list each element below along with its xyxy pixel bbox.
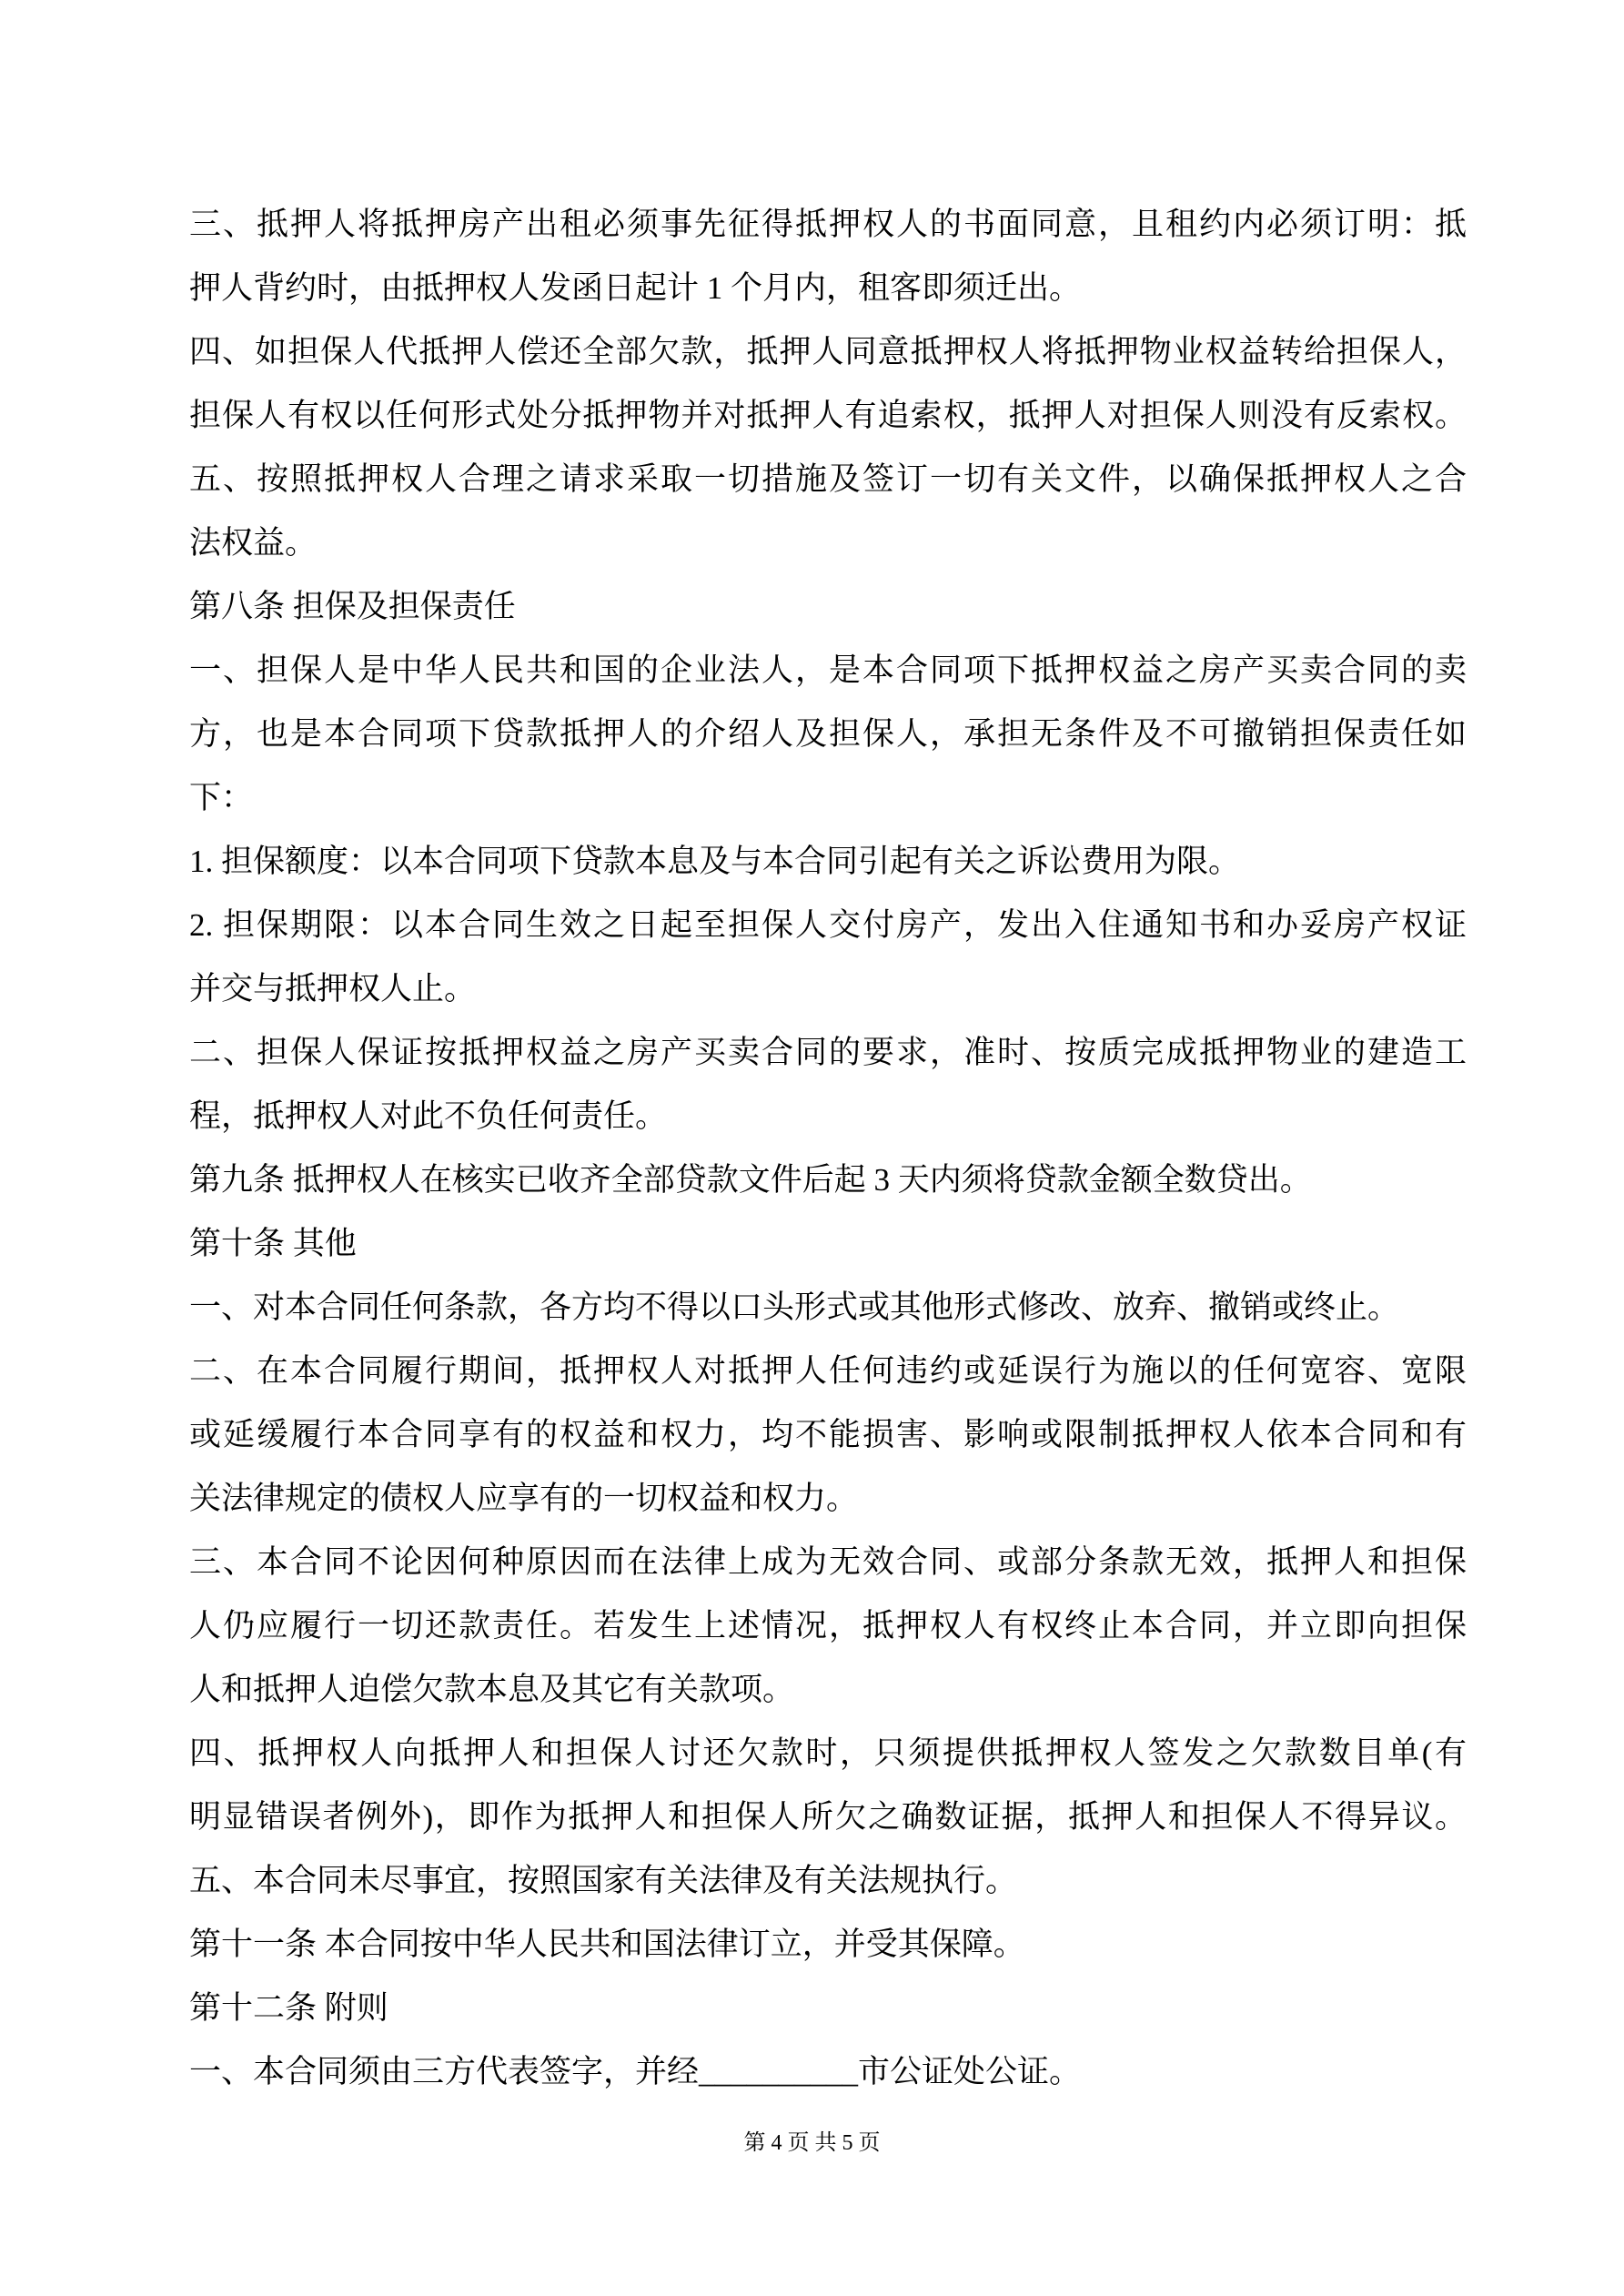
- text-line: 明显错误者例外)，即作为抵押人和担保人所欠之确数证据，抵押人和担保人不得异议。: [189, 1785, 1467, 1849]
- text-line: 方，也是本合同项下贷款抵押人的介绍人及担保人，承担无条件及不可撤销担保责任如: [189, 703, 1467, 766]
- text-line: 法权益。: [189, 511, 1467, 575]
- text-line: 四、抵押权人向抵押人和担保人讨还欠款时，只须提供抵押权人签发之欠款数目单(有: [189, 1722, 1467, 1785]
- text-line: 二、担保人保证按抵押权益之房产买卖合同的要求，准时、按质完成抵押物业的建造工: [189, 1021, 1467, 1085]
- text-line: 五、按照抵押权人合理之请求采取一切措施及签订一切有关文件，以确保抵押权人之合: [189, 448, 1467, 511]
- text-line: 第九条 抵押权人在核实已收齐全部贷款文件后起 3 天内须将贷款金额全数贷出。: [189, 1148, 1467, 1212]
- text-line: 人仍应履行一切还款责任。若发生上述情况，抵押权人有权终止本合同，并立即向担保: [189, 1594, 1467, 1658]
- text-line: 1. 担保额度：以本合同项下贷款本息及与本合同引起有关之诉讼费用为限。: [189, 830, 1467, 894]
- text-line: 下：: [189, 766, 1467, 830]
- document-content: 三、抵押人将抵押房产出租必须事先征得抵押权人的书面同意，且租约内必须订明：抵押人…: [189, 193, 1467, 2104]
- text-line: 第八条 担保及担保责任: [189, 575, 1467, 639]
- text-line: 一、对本合同任何条款，各方均不得以口头形式或其他形式修改、放弃、撤销或终止。: [189, 1276, 1467, 1340]
- text-line: 人和抵押人迫偿欠款本息及其它有关款项。: [189, 1658, 1467, 1722]
- contract-document-page: 三、抵押人将抵押房产出租必须事先征得抵押权人的书面同意，且租约内必须订明：抵押人…: [0, 0, 1624, 2296]
- text-line: 一、担保人是中华人民共和国的企业法人，是本合同项下抵押权益之房产买卖合同的卖: [189, 639, 1467, 703]
- text-line: 并交与抵押权人止。: [189, 957, 1467, 1021]
- text-line: 关法律规定的债权人应享有的一切权益和权力。: [189, 1467, 1467, 1531]
- text-line: 三、本合同不论因何种原因而在法律上成为无效合同、或部分条款无效，抵押人和担保: [189, 1531, 1467, 1594]
- text-line: 第十二条 附则: [189, 1977, 1467, 2040]
- text-line: 三、抵押人将抵押房产出租必须事先征得抵押权人的书面同意，且租约内必须订明：抵: [189, 193, 1467, 257]
- text-line: 二、在本合同履行期间，抵押权人对抵押人任何违约或延误行为施以的任何宽容、宽限: [189, 1340, 1467, 1403]
- text-line: 一、本合同须由三方代表签字，并经__________市公证处公证。: [189, 2040, 1467, 2104]
- text-line: 2. 担保期限：以本合同生效之日起至担保人交付房产，发出入住通知书和办妥房产权证: [189, 894, 1467, 957]
- text-line: 程，抵押权人对此不负任何责任。: [189, 1085, 1467, 1148]
- text-line: 四、如担保人代抵押人偿还全部欠款，抵押人同意抵押权人将抵押物业权益转给担保人，: [189, 320, 1467, 384]
- page-footer: 第 4 页 共 5 页: [0, 2129, 1624, 2157]
- text-line: 押人背约时，由抵押权人发函日起计 1 个月内，租客即须迁出。: [189, 257, 1467, 320]
- text-line: 五、本合同未尽事宜，按照国家有关法律及有关法规执行。: [189, 1849, 1467, 1913]
- text-line: 第十条 其他: [189, 1212, 1467, 1276]
- text-line: 担保人有权以任何形式处分抵押物并对抵押人有追索权，抵押人对担保人则没有反索权。: [189, 384, 1467, 448]
- text-line: 第十一条 本合同按中华人民共和国法律订立，并受其保障。: [189, 1913, 1467, 1977]
- text-line: 或延缓履行本合同享有的权益和权力，均不能损害、影响或限制抵押权人依本合同和有: [189, 1403, 1467, 1467]
